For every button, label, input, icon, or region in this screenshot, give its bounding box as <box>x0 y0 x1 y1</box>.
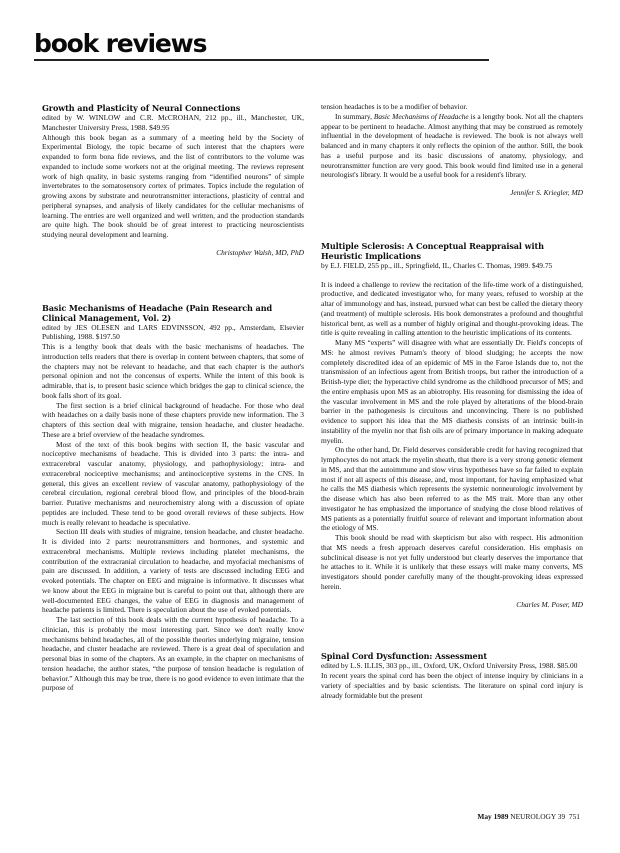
review-paragraph: Most of the text of this book begins wit… <box>42 440 304 528</box>
review-paragraph: The last section of this book deals with… <box>42 615 304 693</box>
footer-journal: NEUROLOGY 39 <box>510 812 565 821</box>
review-title: Spinal Cord Dysfunction: Assessment <box>321 651 583 661</box>
review-title: Growth and Plasticity of Neural Connecti… <box>42 103 304 113</box>
review-title: Multiple Sclerosis: A Conceptual Reappra… <box>321 241 583 261</box>
review-spinal-cord-dysfunction: Spinal Cord Dysfunction: Assessment edit… <box>321 651 583 700</box>
review-basic-mechanisms-headache: Basic Mechanisms of Headache (Pain Resea… <box>42 303 304 694</box>
left-column: Growth and Plasticity of Neural Connecti… <box>42 103 304 693</box>
book-title-italic: Basic Mechanisms of Headache <box>374 112 469 121</box>
footer-page-number: 751 <box>569 812 580 821</box>
review-paragraph: The first section is a brief clinical ba… <box>42 401 304 440</box>
review-paragraph: In recent years the spinal cord has been… <box>321 671 583 700</box>
reviewer-signature: Christopher Walsh, MD, PhD <box>42 248 304 258</box>
review-paragraph: Section III deals with studies of migrai… <box>42 527 304 615</box>
review-meta: edited by JES OLESEN and LARS EDVINSSON,… <box>42 323 304 343</box>
reviewer-signature: Jennifer S. Kriegler, MD <box>321 188 583 198</box>
review-paragraph: This is a lengthy book that deals with t… <box>42 342 304 401</box>
page-footer: May 1989 NEUROLOGY 39 751 <box>460 812 580 822</box>
reviewer-signature: Charles M. Poser, MD <box>321 600 583 610</box>
review-paragraph: On the other hand, Dr. Field deserves co… <box>321 445 583 533</box>
review-paragraph: Although this book began as a summary of… <box>42 133 304 240</box>
review-paragraph: It is indeed a challenge to review the r… <box>321 280 583 339</box>
right-column: tension headaches is to be a modifier of… <box>321 102 583 700</box>
summary-body: is a lengthy book. Not all the chapters … <box>321 112 583 180</box>
section-header: book reviews <box>34 30 489 58</box>
review-growth-plasticity: Growth and Plasticity of Neural Connecti… <box>42 103 304 258</box>
review-meta: edited by W. WINLOW and C.R. McCROHAN, 2… <box>42 113 304 133</box>
review-meta: by E.J. FIELD, 255 pp., ill., Springfiel… <box>321 261 583 271</box>
header-rule <box>34 59 489 61</box>
summary-lead: In summary, <box>335 112 374 121</box>
review-title: Basic Mechanisms of Headache (Pain Resea… <box>42 303 304 323</box>
review-multiple-sclerosis: Multiple Sclerosis: A Conceptual Reappra… <box>321 241 583 610</box>
review-paragraph-summary: In summary, Basic Mechanisms of Headache… <box>321 112 583 180</box>
review-paragraph: Many MS “experts” will disagree with wha… <box>321 338 583 445</box>
review-paragraph: This book should be read with skepticism… <box>321 533 583 592</box>
review-paragraph-continued: tension headaches is to be a modifier of… <box>321 102 583 112</box>
review-meta: edited by L.S. ILLIS, 303 pp., ill., Oxf… <box>321 661 583 671</box>
footer-date: May 1989 <box>477 812 508 821</box>
